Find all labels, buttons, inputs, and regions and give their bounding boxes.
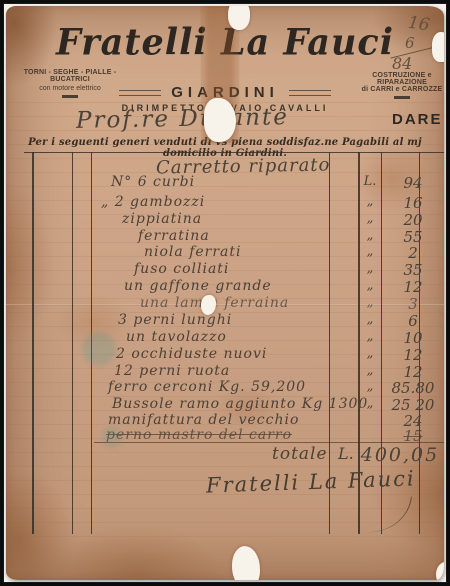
pencil-number-result: 84	[392, 54, 412, 73]
invoice-line-16-struck: perno mastro del carro 15	[6, 427, 444, 445]
item-description: ferro cerconi Kg. 59,200	[108, 379, 306, 395]
item-description: N° 6 curbi	[111, 174, 195, 190]
item-description: niola ferrati	[144, 244, 242, 260]
item-amount: 15	[380, 427, 444, 445]
ditto-mark: „	[359, 363, 381, 378]
item-description: 2 occhiduste nuovi	[116, 346, 267, 362]
invoice-line-6: fuso colliati „ 35	[6, 261, 444, 279]
ink-stain	[102, 426, 122, 448]
total-label: totale	[272, 444, 328, 464]
ditto-mark: „	[359, 244, 381, 259]
item-description: perno mastro del carro	[106, 427, 292, 443]
ditto-mark: „	[359, 329, 381, 344]
item-amount: 12	[380, 346, 444, 364]
ditto-mark: „	[359, 396, 381, 411]
currency-mark: L.	[359, 174, 381, 189]
item-description: un tavolazzo	[126, 329, 227, 345]
item-amount: 16	[380, 194, 444, 212]
pencil-number-middle: 6	[405, 34, 415, 52]
ornament-dash	[394, 96, 410, 99]
ditto-mark: „	[359, 379, 381, 394]
item-amount: 6	[380, 312, 444, 330]
invoice-line-1: N° 6 curbi L. 94	[6, 174, 444, 192]
item-description: fuso colliati	[134, 261, 229, 277]
invoice-line-2: „ 2 gambozzi „ 16	[6, 194, 444, 212]
invoice-line-11: 2 occhiduste nuovi „ 12	[6, 346, 444, 364]
pencil-number-top: 16	[407, 13, 431, 36]
photo-background: TORNI - SEGHE - PIALLE - BUCATRICI con m…	[3, 3, 447, 583]
ditto-mark: „	[359, 194, 381, 209]
total-amount: 400,05	[354, 444, 444, 466]
services-left-line1: TORNI - SEGHE - PIALLE - BUCATRICI	[20, 69, 120, 83]
item-description: un gaffone grande	[124, 278, 272, 294]
item-amount: 94	[380, 174, 444, 192]
invoice-line-10: un tavolazzo „ 10	[6, 329, 444, 347]
item-amount: 3	[380, 295, 444, 313]
torn-patch	[436, 562, 444, 580]
ditto-mark: „	[359, 228, 381, 243]
item-description: zippiatina	[122, 211, 202, 227]
ornament-right	[289, 90, 331, 96]
invoice-line-13: ferro cerconi Kg. 59,200 „ 85.80	[6, 379, 444, 397]
invoice-line-9: 3 perni lunghi „ 6	[6, 312, 444, 330]
item-amount: 2	[380, 244, 444, 262]
ditto-mark: „	[359, 346, 381, 361]
item-description: Bussole ramo aggiunto Kg 1300	[112, 396, 368, 412]
ditto-mark: „	[359, 295, 381, 310]
ditto-mark: „	[359, 312, 381, 327]
item-amount: 12	[380, 278, 444, 296]
torn-patch	[204, 98, 236, 142]
item-description: „ 2 gambozzi	[101, 194, 205, 210]
services-right-line1: COSTRUZIONE e RIPARAZIONE	[354, 72, 444, 86]
invoice-line-8: una lamia ferraina „ 3	[6, 295, 444, 313]
item-description: 12 perni ruota	[114, 363, 230, 379]
total-currency: L.	[338, 444, 354, 463]
invoice-line-3: zippiatina „ 20	[6, 211, 444, 229]
item-amount: 35	[380, 261, 444, 279]
ditto-mark: „	[359, 261, 381, 276]
ditto-mark: „	[359, 278, 381, 293]
customer-name: Prof.re Durante	[76, 104, 289, 134]
item-amount: 85.80	[380, 379, 444, 397]
ink-stain	[82, 332, 116, 366]
ditto-mark: „	[359, 211, 381, 226]
services-right-line2: di CARRI e CARROZZE	[354, 86, 444, 93]
invoice-line-7: un gaffone grande „ 12	[6, 278, 444, 296]
debit-column-label: DARE	[392, 111, 443, 128]
torn-patch	[228, 6, 250, 30]
item-description: ferratina	[138, 228, 210, 244]
torn-patch	[432, 32, 444, 62]
torn-patch	[232, 546, 260, 580]
invoice-line-5: niola ferrati „ 2	[6, 244, 444, 262]
letterhead-services-right: COSTRUZIONE e RIPARAZIONE di CARRI e CAR…	[354, 72, 444, 99]
ornament-left	[119, 90, 161, 96]
invoice-paper: TORNI - SEGHE - PIALLE - BUCATRICI con m…	[6, 6, 444, 580]
item-amount: 10	[380, 329, 444, 347]
item-description: manifattura del vecchio	[108, 412, 299, 428]
item-description: 3 perni lunghi	[118, 312, 232, 328]
item-amount: 20	[380, 211, 444, 229]
